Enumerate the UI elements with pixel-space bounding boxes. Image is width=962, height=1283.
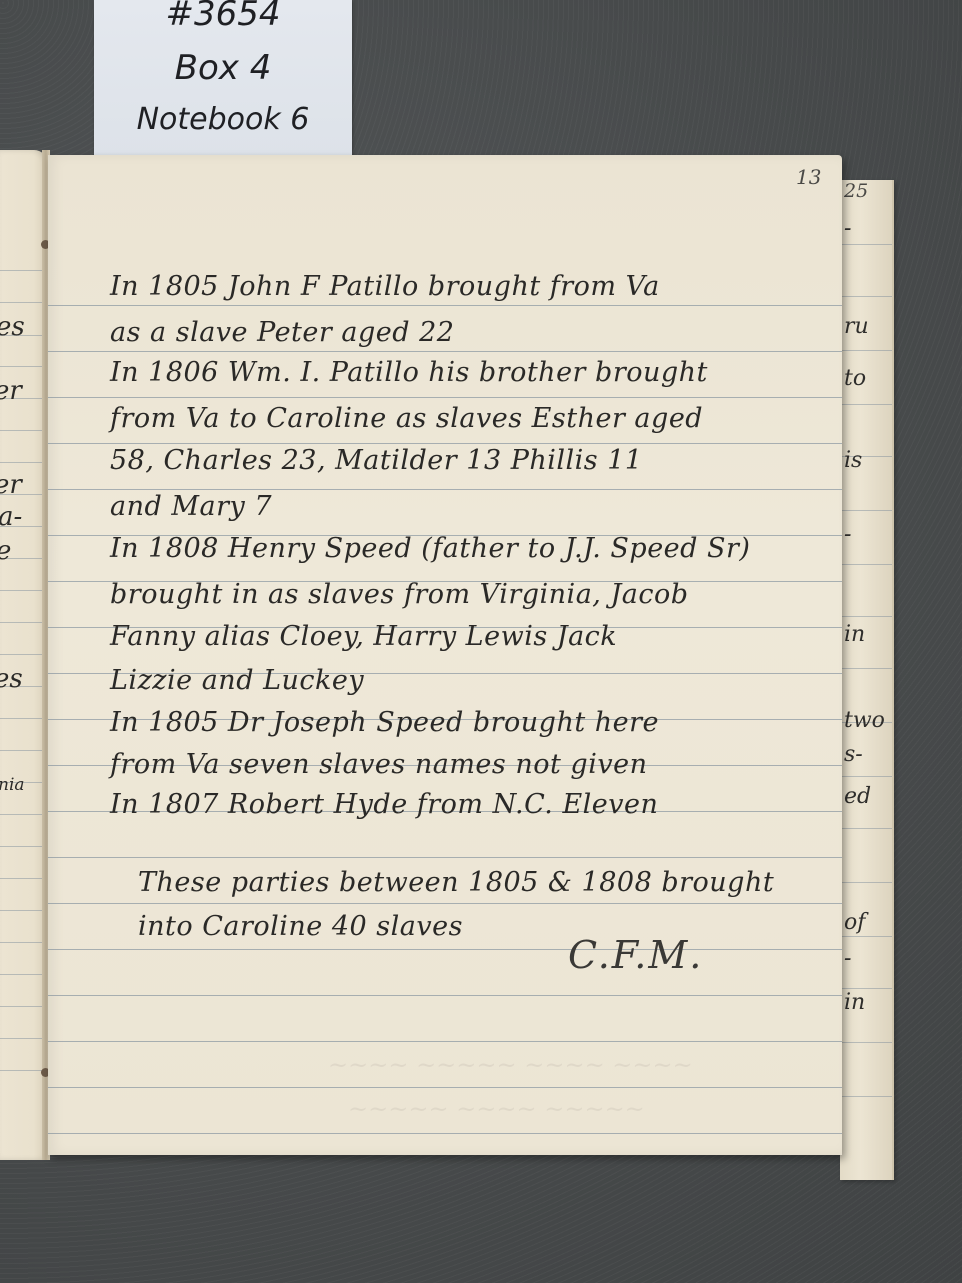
entry-line: In 1806 Wm. I. Patillo his brother broug… — [110, 357, 708, 388]
underlying-page-number: 25 — [844, 180, 868, 202]
author-signature: C.F.M. — [568, 933, 703, 977]
edge-fragment: of — [844, 910, 865, 935]
entry-line: In 1807 Robert Hyde from N.C. Eleven — [110, 789, 658, 820]
left-page: es er er a- e es nia — [0, 150, 48, 1160]
summary-line: These parties between 1805 & 1808 brough… — [138, 867, 774, 898]
left-page-fragment: er — [0, 376, 22, 406]
left-page-fragment: es — [0, 664, 23, 694]
edge-fragment: - — [844, 216, 851, 241]
entry-line: 58, Charles 23, Matilder 13 Phillis 11 — [110, 445, 643, 476]
edge-fragment: ed — [844, 784, 871, 809]
underlying-page-edge: 25 - ru to is - in two s- ed of - in — [840, 180, 894, 1180]
notebook-page: 13 ~~~~ ~~~~~ ~~~~ ~~~~ ~~~~~ ~~~~ ~~~~~… — [48, 155, 842, 1155]
edge-fragment: ru — [844, 314, 869, 339]
edge-fragment: is — [844, 448, 862, 473]
entry-line: as a slave Peter aged 22 — [110, 317, 454, 348]
entry-line: In 1808 Henry Speed (father to J.J. Spee… — [110, 533, 750, 564]
left-page-fragment: es — [0, 312, 25, 342]
entry-line: In 1805 Dr Joseph Speed brought here — [110, 707, 659, 738]
entry-line: In 1805 John F Patillo brought from Va — [110, 271, 660, 302]
label-notebook-number: Notebook 6 — [94, 102, 352, 137]
left-page-fragment: a- — [0, 502, 22, 532]
edge-fragment: - — [844, 522, 851, 547]
edge-fragment: in — [844, 990, 865, 1015]
edge-fragment: - — [844, 946, 851, 971]
entry-line: from Va seven slaves names not given — [110, 749, 647, 780]
bleed-through-text: ~~~~ ~~~~~ ~~~~ ~~~~ — [328, 1051, 693, 1079]
entry-line: Fanny alias Cloey, Harry Lewis Jack — [110, 621, 617, 652]
left-page-fragment: e — [0, 536, 11, 566]
entry-line: Lizzie and Luckey — [110, 665, 364, 696]
label-collection-number: #3654 — [94, 0, 352, 34]
edge-fragment: to — [844, 366, 866, 391]
entry-line: from Va to Caroline as slaves Esther age… — [110, 403, 703, 434]
edge-fragment: in — [844, 622, 865, 647]
page-number: 13 — [796, 165, 821, 189]
entry-line: brought in as slaves from Virginia, Jaco… — [110, 579, 689, 610]
left-page-fragment: nia — [0, 775, 25, 795]
entry-line: and Mary 7 — [110, 491, 272, 522]
summary-line: into Caroline 40 slaves — [138, 911, 463, 942]
left-page-fragment: er — [0, 470, 22, 500]
edge-fragment: two — [844, 708, 885, 733]
edge-fragment: s- — [844, 742, 863, 767]
bleed-through-text: ~~~~~ ~~~~ ~~~~~ — [348, 1095, 645, 1123]
archival-label-card: #3654 Box 4 Notebook 6 — [94, 0, 352, 156]
label-box-number: Box 4 — [94, 48, 352, 88]
